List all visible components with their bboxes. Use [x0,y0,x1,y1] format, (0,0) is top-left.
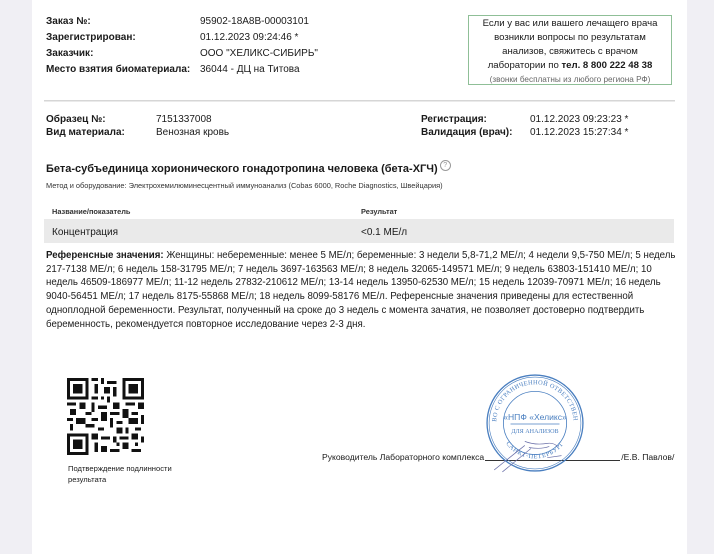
registered-value: 01.12.2023 09:24:46 * [200,32,298,43]
stamp-center-line-1: «НПФ «Хеликс» [503,412,567,422]
material-value: Венозная кровь [156,127,229,138]
phone-number[interactable]: тел. 8 800 222 48 38 [561,60,652,71]
validation-label: Валидация (врач): [421,127,512,138]
info-line-1: Если у вас или вашего лечащего врача [469,17,671,31]
result-value: <0.1 МЕ/л [361,227,407,238]
signature-name: /Е.В. Павлов/ [621,452,674,462]
info-note: (звонки бесплатны из любого региона РФ) [469,73,671,87]
test-method: Метод и оборудование: Электрохемилюминес… [46,181,443,190]
registration-value: 01.12.2023 09:23:23 * [530,114,628,125]
info-line-4-prefix: лаборатории по [488,60,562,71]
column-header-name: Название/показатель [52,207,130,216]
svg-text:САНКТ-ПЕТЕРБУРГ: САНКТ-ПЕТЕРБУРГ [504,440,565,460]
collection-site-value: 36044 - ДЦ на Титова [200,64,300,75]
test-title-text: Бета-субъединица хорионического гонадотр… [46,163,438,175]
qr-code-icon[interactable] [67,378,144,455]
material-label: Вид материала: [46,127,125,138]
reference-label: Референсные значения: [46,250,164,261]
customer-value: ООО "ХЕЛИКС-СИБИРЬ" [200,48,318,59]
column-header-result: Результат [361,207,397,216]
sample-number-label: Образец №: [46,114,106,125]
order-number-value: 95902-18A8B-00003101 [200,16,309,27]
reference-values: Референсные значения: Женщины: неберемен… [46,249,676,331]
header-divider [44,100,675,101]
info-line-3: анализов, свяжитесь с врачом [469,45,671,59]
collection-site-label: Место взятия биоматериала: [46,64,190,75]
info-line-4: лаборатории по тел. 8 800 222 48 38 [469,59,671,73]
test-title: Бета-субъединица хорионического гонадотр… [46,160,451,175]
report-page: Заказ №: 95902-18A8B-00003101 Зарегистри… [32,0,687,554]
stamp-icon: ОБЩЕСТВО С ОГРАНИЧЕННОЙ ОТВЕТСТВЕННОСТЬЮ… [484,372,586,474]
stamp-center-line-2: ДЛЯ АНАЛИЗОВ [511,429,558,435]
registration-label: Регистрация: [421,114,487,125]
stamp-bottom-text: САНКТ-ПЕТЕРБУРГ [504,440,565,460]
customer-label: Заказчик: [46,48,93,59]
doctor-contact-box: Если у вас или вашего лечащего врача воз… [468,15,672,85]
result-name: Концентрация [52,227,118,238]
reference-text: Женщины: небеременные: менее 5 МЕ/л; бер… [46,250,675,330]
order-number-label: Заказ №: [46,16,91,27]
help-icon[interactable]: ? [440,160,451,171]
sample-number-value: 7151337008 [156,114,212,125]
info-line-2: возникли вопросы по результатам [469,31,671,45]
validation-value: 01.12.2023 15:27:34 * [530,127,628,138]
qr-caption: Подтверждение подлинности результата [68,463,178,485]
table-row [44,219,674,243]
registered-label: Зарегистрирован: [46,32,136,43]
signature-title: Руководитель Лабораторного комплекса [322,452,484,462]
